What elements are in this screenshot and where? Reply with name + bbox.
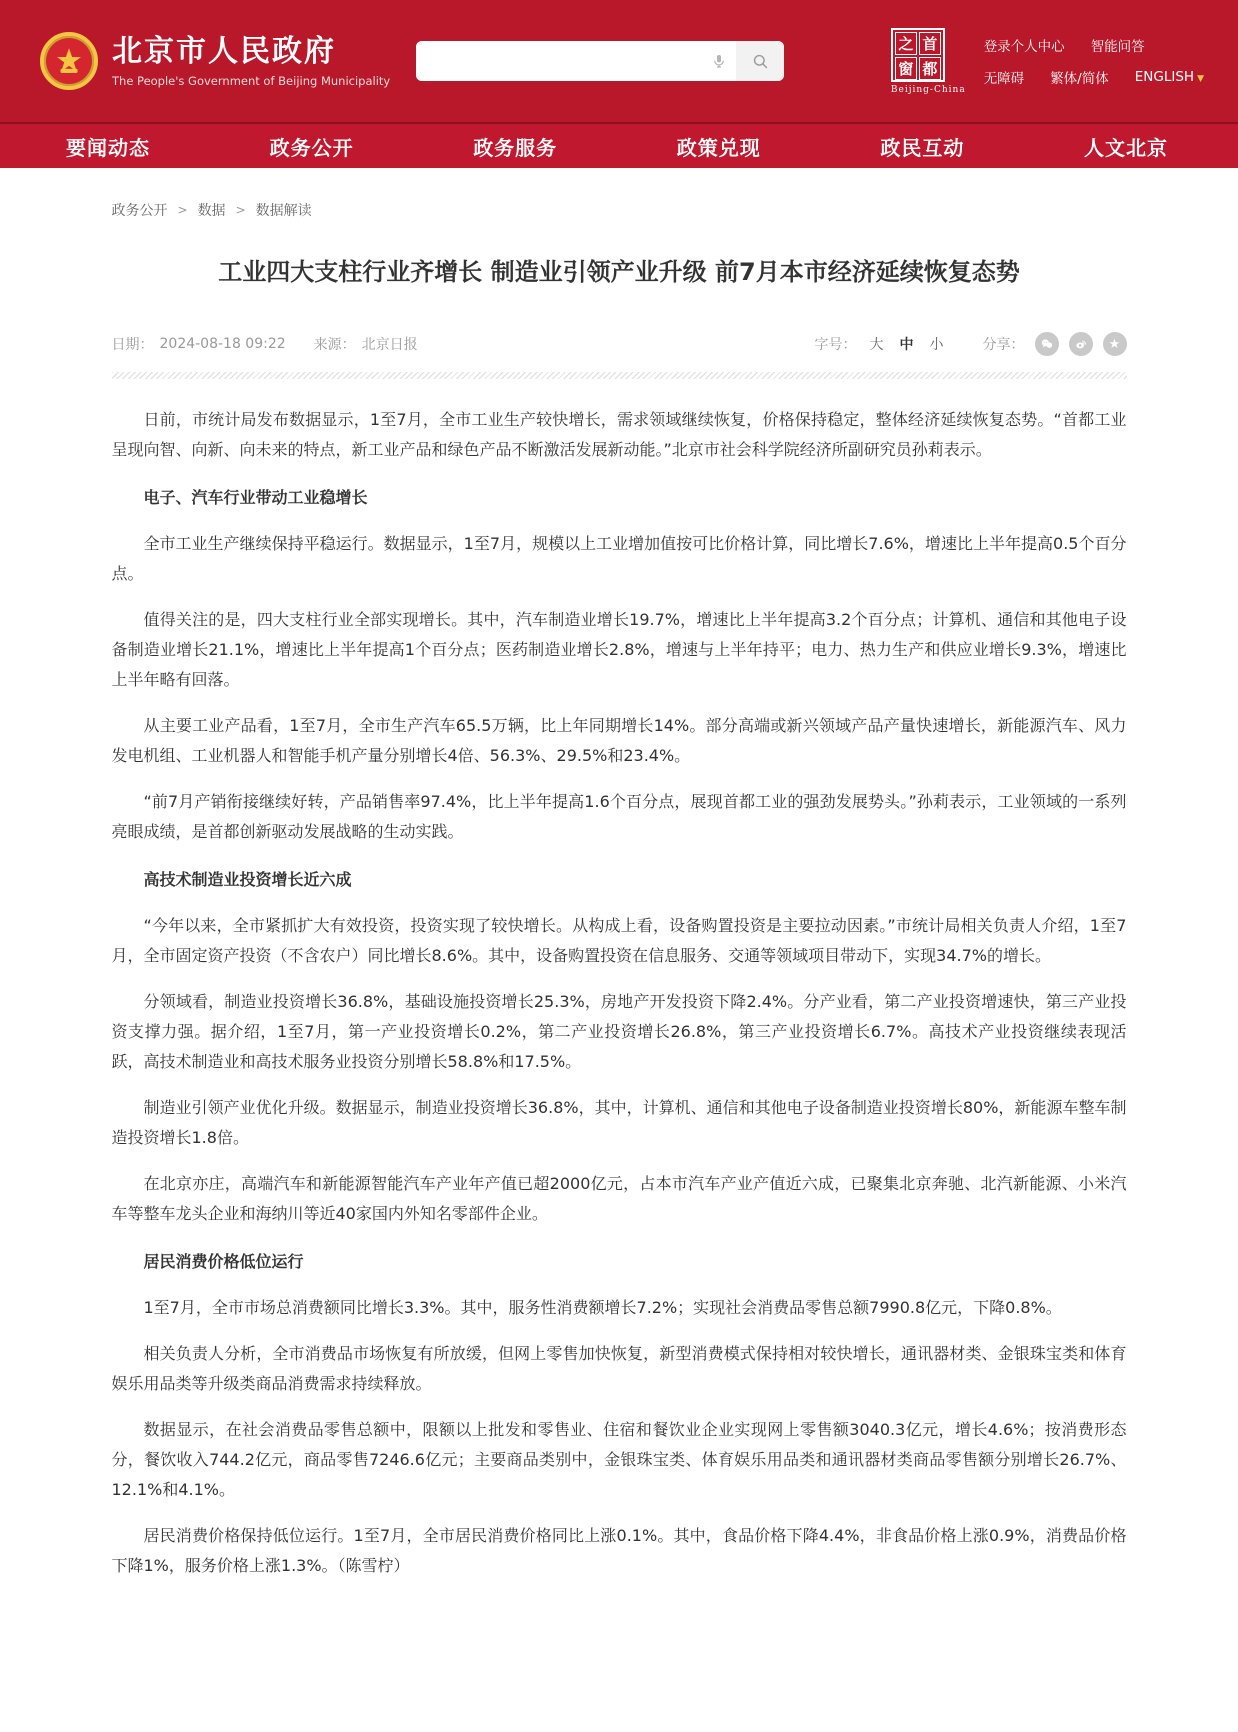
article-page: 政务公开 > 数据 > 数据解读 工业四大支柱行业齐增长 制造业引领产业升级 前… <box>112 168 1127 1677</box>
source-label: 来源： <box>314 334 356 354</box>
article-body: 日前，市统计局发布数据显示，1至7月，全市工业生产较快增长，需求领域继续恢复，价… <box>112 405 1127 1677</box>
breadcrumb-data-interpretation[interactable]: 数据解读 <box>256 200 312 220</box>
article-paragraph: 在北京亦庄，高端汽车和新能源智能汽车产业年产值已超2000亿元，占本市汽车产业产… <box>112 1169 1127 1229</box>
wechat-icon <box>1040 337 1054 351</box>
breadcrumb-separator: > <box>236 203 246 217</box>
article-paragraph: 从主要工业产品看，1至7月，全市生产汽车65.5万辆，比上年同期增长14%。部分… <box>112 711 1127 771</box>
breadcrumb-separator: > <box>178 203 188 217</box>
nav-item-gov-services[interactable]: 政务服务 <box>473 132 557 161</box>
site-header: 北京市人民政府 The People's Government of Beiji… <box>0 0 1238 122</box>
section-heading: 居民消费价格低位运行 <box>112 1247 1127 1277</box>
article-paragraph: “今年以来，全市紧抓扩大有效投资，投资实现了较快增长。从构成上看，设备购置投资是… <box>112 911 1127 971</box>
share-wechat-button[interactable] <box>1035 332 1059 356</box>
article-paragraph: 1至7月，全市市场总消费额同比增长3.3%。其中，服务性消费额增长7.2%；实现… <box>112 1293 1127 1323</box>
nav-item-culture[interactable]: 人文北京 <box>1084 132 1168 161</box>
language-select[interactable]: ENGLISH▼ <box>1135 69 1204 85</box>
national-emblem-logo <box>40 32 98 90</box>
microphone-icon <box>711 53 727 69</box>
site-brand[interactable]: 北京市人民政府 The People's Government of Beiji… <box>40 32 390 90</box>
search-button[interactable] <box>736 41 784 81</box>
language-label: ENGLISH <box>1135 69 1194 85</box>
hatched-divider <box>112 372 1127 379</box>
voice-search-button[interactable] <box>702 41 736 81</box>
article-paragraph: 值得关注的是，四大支柱行业全部实现增长。其中，汽车制造业增长19.7%，增速比上… <box>112 605 1127 695</box>
nav-item-news[interactable]: 要闻动态 <box>66 132 150 161</box>
article-paragraph: 数据显示，在社会消费品零售总额中，限额以上批发和零售业、住宿和餐饮业企业实现网上… <box>112 1415 1127 1505</box>
search-icon <box>751 52 770 71</box>
main-nav: 要闻动态 政务公开 政务服务 政策兑现 政民互动 人文北京 <box>0 122 1238 168</box>
article-date: 2024-08-18 09:22 <box>160 336 286 352</box>
site-title: 北京市人民政府 <box>112 34 390 70</box>
emblem-star-icon <box>52 44 86 78</box>
breadcrumb: 政务公开 > 数据 > 数据解读 <box>112 200 1127 220</box>
share-favorite-button[interactable]: ★ <box>1103 332 1127 356</box>
seal-caption: Beijing-China <box>891 85 966 95</box>
capital-window-seal[interactable]: 之 首 窗 都 Beijing-China <box>891 28 966 95</box>
font-size-label: 字号： <box>815 334 857 354</box>
nav-item-gov-info[interactable]: 政务公开 <box>270 132 354 161</box>
search-bar <box>416 41 784 81</box>
smart-qa-link[interactable]: 智能问答 <box>1091 35 1145 55</box>
section-heading: 电子、汽车行业带动工业稳增长 <box>112 483 1127 513</box>
share-weibo-button[interactable] <box>1069 332 1093 356</box>
site-subtitle: The People's Government of Beijing Munic… <box>112 74 390 88</box>
nav-item-interaction[interactable]: 政民互动 <box>880 132 964 161</box>
login-link[interactable]: 登录个人中心 <box>984 35 1065 55</box>
date-label: 日期： <box>112 334 154 354</box>
seal-char: 窗 <box>895 57 917 80</box>
nav-item-policy[interactable]: 政策兑现 <box>677 132 761 161</box>
article-paragraph: 分领域看，制造业投资增长36.8%，基础设施投资增长25.3%，房地产开发投资下… <box>112 987 1127 1077</box>
share-label: 分享： <box>983 334 1025 354</box>
font-size-medium[interactable]: 中 <box>897 334 917 354</box>
font-size-small[interactable]: 小 <box>927 334 947 354</box>
seal-char: 之 <box>895 32 917 55</box>
search-input[interactable] <box>416 41 702 81</box>
article-paragraph: 制造业引领产业优化升级。数据显示，制造业投资增长36.8%，其中，计算机、通信和… <box>112 1093 1127 1153</box>
article-paragraph: “前7月产销衔接继续好转，产品销售率97.4%，比上半年提高1.6个百分点，展现… <box>112 787 1127 847</box>
weibo-icon <box>1074 337 1088 351</box>
article-meta: 日期：2024-08-18 09:22 来源：北京日报 字号： 大 中 小 分享… <box>112 332 1127 356</box>
breadcrumb-data[interactable]: 数据 <box>198 200 226 220</box>
article-title: 工业四大支柱行业齐增长 制造业引领产业升级 前7月本市经济延续恢复态势 <box>112 256 1127 290</box>
chevron-down-icon: ▼ <box>1197 74 1204 84</box>
trad-simp-link[interactable]: 繁体/简体 <box>1050 67 1109 87</box>
article-paragraph: 居民消费价格保持低位运行。1至7月，全市居民消费价格同比上涨0.1%。其中，食品… <box>112 1521 1127 1581</box>
font-size-large[interactable]: 大 <box>867 334 887 354</box>
article-paragraph: 相关负责人分析，全市消费品市场恢复有所放缓，但网上零售加快恢复，新型消费模式保持… <box>112 1339 1127 1399</box>
accessibility-link[interactable]: 无障碍 <box>984 67 1025 87</box>
section-heading: 高技术制造业投资增长近六成 <box>112 865 1127 895</box>
article-paragraph: 日前，市统计局发布数据显示，1至7月，全市工业生产较快增长，需求领域继续恢复，价… <box>112 405 1127 465</box>
article-paragraph: 全市工业生产继续保持平稳运行。数据显示，1至7月，规模以上工业增加值按可比价格计… <box>112 529 1127 589</box>
seal-char: 首 <box>919 32 941 55</box>
article-source: 北京日报 <box>362 334 418 354</box>
star-icon: ★ <box>1109 337 1121 350</box>
seal-grid: 之 首 窗 都 <box>891 28 945 82</box>
breadcrumb-gov-info[interactable]: 政务公开 <box>112 200 168 220</box>
seal-char: 都 <box>919 57 941 80</box>
